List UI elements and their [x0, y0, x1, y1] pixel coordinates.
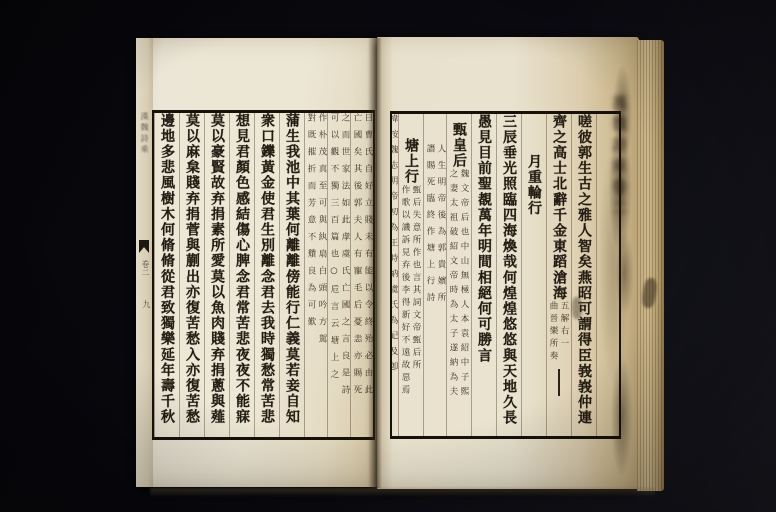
- bottom-page-edges: [150, 488, 655, 497]
- note-column: 禕按魏志明帝初為王時納虞氏為妃及卽位毛氏有寵虞氏不得立太后慰勉焉虞氏: [392, 114, 398, 436]
- annotation-text: 魏文帝后也中山無極人本袁紹中子熙: [458, 169, 469, 401]
- annotation-pair: 作朴茂真至可與紈扇白頭吟方駕對既摧折而芳意不穨良為可歎: [305, 113, 327, 351]
- poem-column: 蒲生我池中其葉何離離傍能行仁義莫若妾自知: [279, 113, 304, 437]
- photograph: 漢魏詩乘 卷二 九 曰曹氏自好立賤未有能以令終殆必由此亡國矣其後郭夫人有寵毛后憂…: [0, 0, 776, 512]
- gutter-shadow: [368, 38, 382, 488]
- annotation-pair: 禕按魏志明帝初為王時納虞氏為妃及卽位毛氏有寵虞氏不得立太后慰勉焉虞氏: [392, 114, 398, 378]
- right-text-frame: 嗟彼郭生古之雅人智矣燕昭可謂得臣峩峩仲連齊之高士北辭千金東蹈滄海五解右一曲晉樂所…: [390, 111, 621, 439]
- annotation-text: 可以觀不獨三百篇也○卮言云塘上之: [328, 113, 339, 402]
- title-column: 月重輪行: [521, 114, 546, 436]
- annotation-text: 人生明帝後為郭貴嬪所: [435, 144, 446, 309]
- title-column: 塘上行甄后失意所作也言其詞文帝甄后所作歌以譏訴見弃後李得新好不遠故惡焉: [398, 114, 423, 436]
- heading-column: 甄皇后魏文帝后也中山無極人本袁紹中子熙之妻太祖破紹文帝時為太子遂納為夫: [446, 114, 471, 436]
- left-columns: 曰曹氏自好立賤未有能以令終殆必由此亡國矣其後郭夫人有寵毛后憂恚亦賜死之而世家法如…: [154, 113, 373, 437]
- column-text: 塘上行: [403, 138, 419, 185]
- right-page: 嗟彼郭生古之雅人智矣燕昭可謂得臣峩峩仲連齊之高士北辭千金東蹈滄海五解右一曲晉樂所…: [377, 37, 639, 489]
- poem-column: 莫以豪賢故弃捐素所愛莫以魚肉賤弃捐蔥與薤: [204, 113, 229, 437]
- page-stack-edge: [637, 40, 664, 491]
- column-text: 三辰垂光照臨四海煥哉何煌煌悠悠與天地久長: [501, 114, 517, 426]
- annotation-pair: 五解右一曲晉樂所奏: [547, 301, 569, 364]
- column-text: 莫以豪賢故弃捐素所愛莫以魚肉賤弃捐蔥與薤: [209, 113, 225, 425]
- volume-label: 卷二: [140, 260, 151, 277]
- column-text: 莫以麻枲賤弃捐菅與蒯出亦復苦愁入亦復苦愁: [184, 113, 200, 425]
- annotation-pair: 人生明帝後為郭貴嬪所譖賜死臨終作塘上行詩: [424, 144, 446, 309]
- poem-column: 莫以麻枲賤弃捐菅與蒯出亦復苦愁入亦復苦愁: [179, 113, 204, 437]
- poem-column: 想見君顏色感結傷心脾念君常苦悲夜夜不能寐: [229, 113, 254, 437]
- fishtail-mark: [139, 240, 149, 253]
- column-text: 嗟彼郭生古之雅人智矣燕昭可謂得臣峩峩仲連: [576, 114, 592, 426]
- annotation-text: 作朴茂真至可與紈扇白頭吟方駕: [316, 113, 327, 351]
- poem-column: 三辰垂光照臨四海煥哉何煌煌悠悠與天地久長: [496, 114, 521, 436]
- annotation-text: 亡國矣其後郭夫人有寵毛后憂恚亦賜死: [351, 113, 362, 402]
- column-text: 甄皇后: [451, 122, 467, 169]
- column-text: 蒲生我池中其葉何離離傍能行仁義莫若妾自知: [284, 113, 300, 425]
- column-text: 想見君顏色感結傷心脾念君常苦悲夜夜不能寐: [234, 113, 250, 425]
- column-text: 邊地多悲風樹木何脩脩從君致獨樂延年壽千秋: [159, 113, 175, 425]
- annotation-text: 甄后失意所作也言其詞文帝甄后所: [410, 185, 421, 398]
- annotation-text: 禕按魏志明帝初為王時納虞氏為妃及卽: [392, 114, 398, 378]
- annotation-pair: 甄后失意所作也言其詞文帝甄后所作歌以譏訴見弃後李得新好不遠故惡焉: [399, 185, 421, 398]
- left-text-frame: 曰曹氏自好立賤未有能以令終殆必由此亡國矣其後郭夫人有寵毛后憂恚亦賜死之而世家法如…: [152, 110, 375, 440]
- annotation-text: 作歌以譏訴見弃後李得新好不遠故惡焉: [399, 185, 410, 398]
- poem-column: 嗟彼郭生古之雅人智矣燕昭可謂得臣峩峩仲連: [571, 114, 596, 436]
- left-page: 漢魏詩乘 卷二 九 曰曹氏自好立賤未有能以令終殆必由此亡國矣其後郭夫人有寵毛后憂…: [136, 38, 377, 487]
- note-column: 作朴茂真至可與紈扇白頭吟方駕對既摧折而芳意不穨良為可歎: [304, 113, 327, 437]
- stanza-rule-mark: [558, 369, 560, 396]
- right-columns: 嗟彼郭生古之雅人智矣燕昭可謂得臣峩峩仲連齊之高士北辭千金東蹈滄海五解右一曲晉樂所…: [392, 114, 619, 436]
- annotation-text: 之而世家法如此虖虞氏亡國之言良是詩: [339, 113, 350, 402]
- page-number: 九: [141, 300, 152, 308]
- annotation-pair: 之而世家法如此虖虞氏亡國之言良是詩可以觀不獨三百篇也○卮言云塘上之: [328, 113, 350, 402]
- poem-column: 齊之高士北辭千金東蹈滄海五解右一曲晉樂所奏: [546, 114, 571, 436]
- poem-column: 愚見目前聖覩萬年明間相絕何可勝言: [471, 114, 496, 436]
- poem-column: 衆口鑠黃金使君生別離念君去我時獨愁常苦悲: [254, 113, 279, 437]
- annotation-text: 譖賜死臨終作塘上行詩: [424, 144, 435, 309]
- note-column: 之而世家法如此虖虞氏亡國之言良是詩可以觀不獨三百篇也○卮言云塘上之: [327, 113, 350, 437]
- left-page-centerfold-edge: 漢魏詩乘 卷二 九: [136, 38, 153, 487]
- annotation-text: 之妻太祖破紹文帝時為太子遂納為夫: [447, 169, 458, 401]
- annotation-text: 五解右一: [558, 301, 569, 364]
- annotation-text: 曲晉樂所奏: [547, 301, 558, 364]
- annotation-pair: 魏文帝后也中山無極人本袁紹中子熙之妻太祖破紹文帝時為太子遂納為夫: [447, 169, 469, 401]
- handwriting-smudge: [641, 277, 658, 309]
- blank-column: [596, 114, 619, 436]
- spine-title: 漢魏詩乘: [139, 112, 150, 156]
- poem-column: 邊地多悲風樹木何脩脩從君致獨樂延年壽千秋: [154, 113, 179, 437]
- note-column: 人生明帝後為郭貴嬪所譖賜死臨終作塘上行詩: [423, 114, 446, 436]
- column-text: 月重輪行: [526, 154, 542, 216]
- column-text: 齊之高士北辭千金東蹈滄海: [551, 114, 567, 301]
- column-text: 愚見目前聖覩萬年明間相絕何可勝言: [476, 114, 492, 364]
- annotation-text: 對既摧折而芳意不穨良為可歎: [305, 113, 316, 351]
- column-text: 衆口鑠黃金使君生別離念君去我時獨愁常苦悲: [259, 113, 275, 425]
